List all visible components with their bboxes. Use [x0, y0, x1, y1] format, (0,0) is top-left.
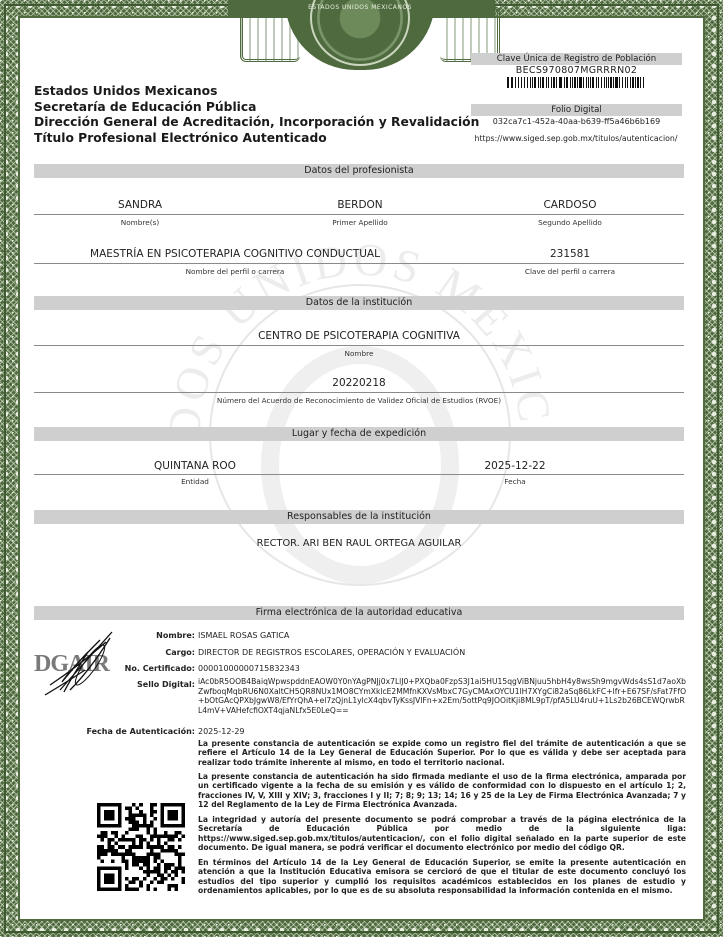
primer-apellido-value: BERDON: [280, 199, 440, 211]
nombre-value: SANDRA: [60, 199, 220, 211]
section-responsables: Responsables de la institución: [34, 510, 684, 524]
section-firma: Firma electrónica de la autoridad educat…: [34, 606, 684, 620]
institucion-nombre-value: CENTRO DE PSICOTERAPIA COGNITIVA: [34, 330, 684, 342]
sello-digital-label: Sello Digital:: [137, 680, 195, 689]
divider: [34, 474, 684, 475]
nombre-label: Nombre(s): [60, 218, 220, 227]
rector-name: RECTOR. ARI BEN RAUL ORTEGA AGUILAR: [34, 538, 684, 549]
curp-label: Clave Única de Registro de Población: [471, 53, 682, 65]
legal-paragraph-4: En términos del Artículo 14 de la Ley Ge…: [198, 858, 686, 896]
fecha-value: 2025-12-22: [440, 460, 590, 472]
carrera-label: Nombre del perfil o carrera: [60, 267, 410, 276]
certificado-value: 00001000000715832343: [198, 664, 300, 673]
section-expedicion: Lugar y fecha de expedición: [34, 427, 684, 441]
document-header: Estados Unidos Mexicanos Secretaría de E…: [34, 84, 479, 146]
divider: [34, 345, 684, 346]
section-profesionista: Datos del profesionista: [34, 164, 684, 178]
header-ministry: Secretaría de Educación Pública: [34, 100, 479, 116]
legal-paragraph-2: La presente constancia de autenticación …: [198, 772, 686, 810]
legal-paragraph-1: La presente constancia de autenticación …: [198, 739, 686, 767]
crest-text: ESTADOS UNIDOS MEXICANOS: [285, 4, 435, 11]
fecha-autenticacion-label: Fecha de Autenticación:: [86, 727, 195, 736]
clave-carrera-label: Clave del perfil o carrera: [490, 267, 650, 276]
header-directorate: Dirección General de Acreditación, Incor…: [34, 115, 479, 131]
divider: [34, 263, 684, 264]
document-title: Título Profesional Electrónico Autentica…: [34, 131, 479, 147]
qr-code[interactable]: [97, 803, 185, 891]
carrera-value: MAESTRÍA EN PSICOTERAPIA COGNITIVO CONDU…: [60, 248, 410, 260]
rvoe-label: Número del Acuerdo de Reconocimiento de …: [34, 396, 684, 405]
verification-url[interactable]: https://www.siged.sep.gob.mx/titulos/aut…: [466, 134, 686, 143]
section-institucion: Datos de la institución: [34, 296, 684, 310]
fecha-label: Fecha: [440, 477, 590, 486]
handwritten-signature-icon: [40, 630, 120, 700]
curp-value: BECS970807MGRRRN02: [471, 65, 682, 76]
firmante-cargo-label: Cargo:: [165, 648, 195, 657]
curp-box: Clave Única de Registro de Población BEC…: [471, 53, 682, 88]
header-country: Estados Unidos Mexicanos: [34, 84, 479, 100]
firmante-nombre-label: Nombre:: [156, 631, 195, 640]
sello-digital-value: iAc0bR5OOB4BaiqWpwspddnEAOW0Y0nYAgPNJj0x…: [198, 677, 688, 715]
divider: [34, 392, 684, 393]
firmante-cargo-value: DIRECTOR DE REGISTROS ESCOLARES, OPERACI…: [198, 648, 465, 657]
entidad-value: QUINTANA ROO: [120, 460, 270, 472]
rvoe-value: 20220218: [34, 377, 684, 389]
fecha-autenticacion-value: 2025-12-29: [198, 727, 245, 736]
segundo-apellido-value: CARDOSO: [490, 199, 650, 211]
firmante-nombre-value: ISMAEL ROSAS GATICA: [198, 631, 289, 640]
curp-barcode: [507, 77, 647, 88]
certificado-label: No. Certificado:: [125, 664, 195, 673]
institucion-nombre-label: Nombre: [34, 349, 684, 358]
divider: [34, 214, 684, 215]
entidad-label: Entidad: [120, 477, 270, 486]
clave-carrera-value: 231581: [490, 248, 650, 260]
folio-value: 032ca7c1-452a-40aa-b639-ff5a46b6b169: [471, 116, 682, 127]
primer-apellido-label: Primer Apellido: [280, 218, 440, 227]
folio-label: Folio Digital: [471, 104, 682, 116]
segundo-apellido-label: Segundo Apellido: [490, 218, 650, 227]
legal-paragraph-3: La integridad y autoría del presente doc…: [198, 815, 686, 853]
folio-box: Folio Digital 032ca7c1-452a-40aa-b639-ff…: [471, 104, 682, 127]
